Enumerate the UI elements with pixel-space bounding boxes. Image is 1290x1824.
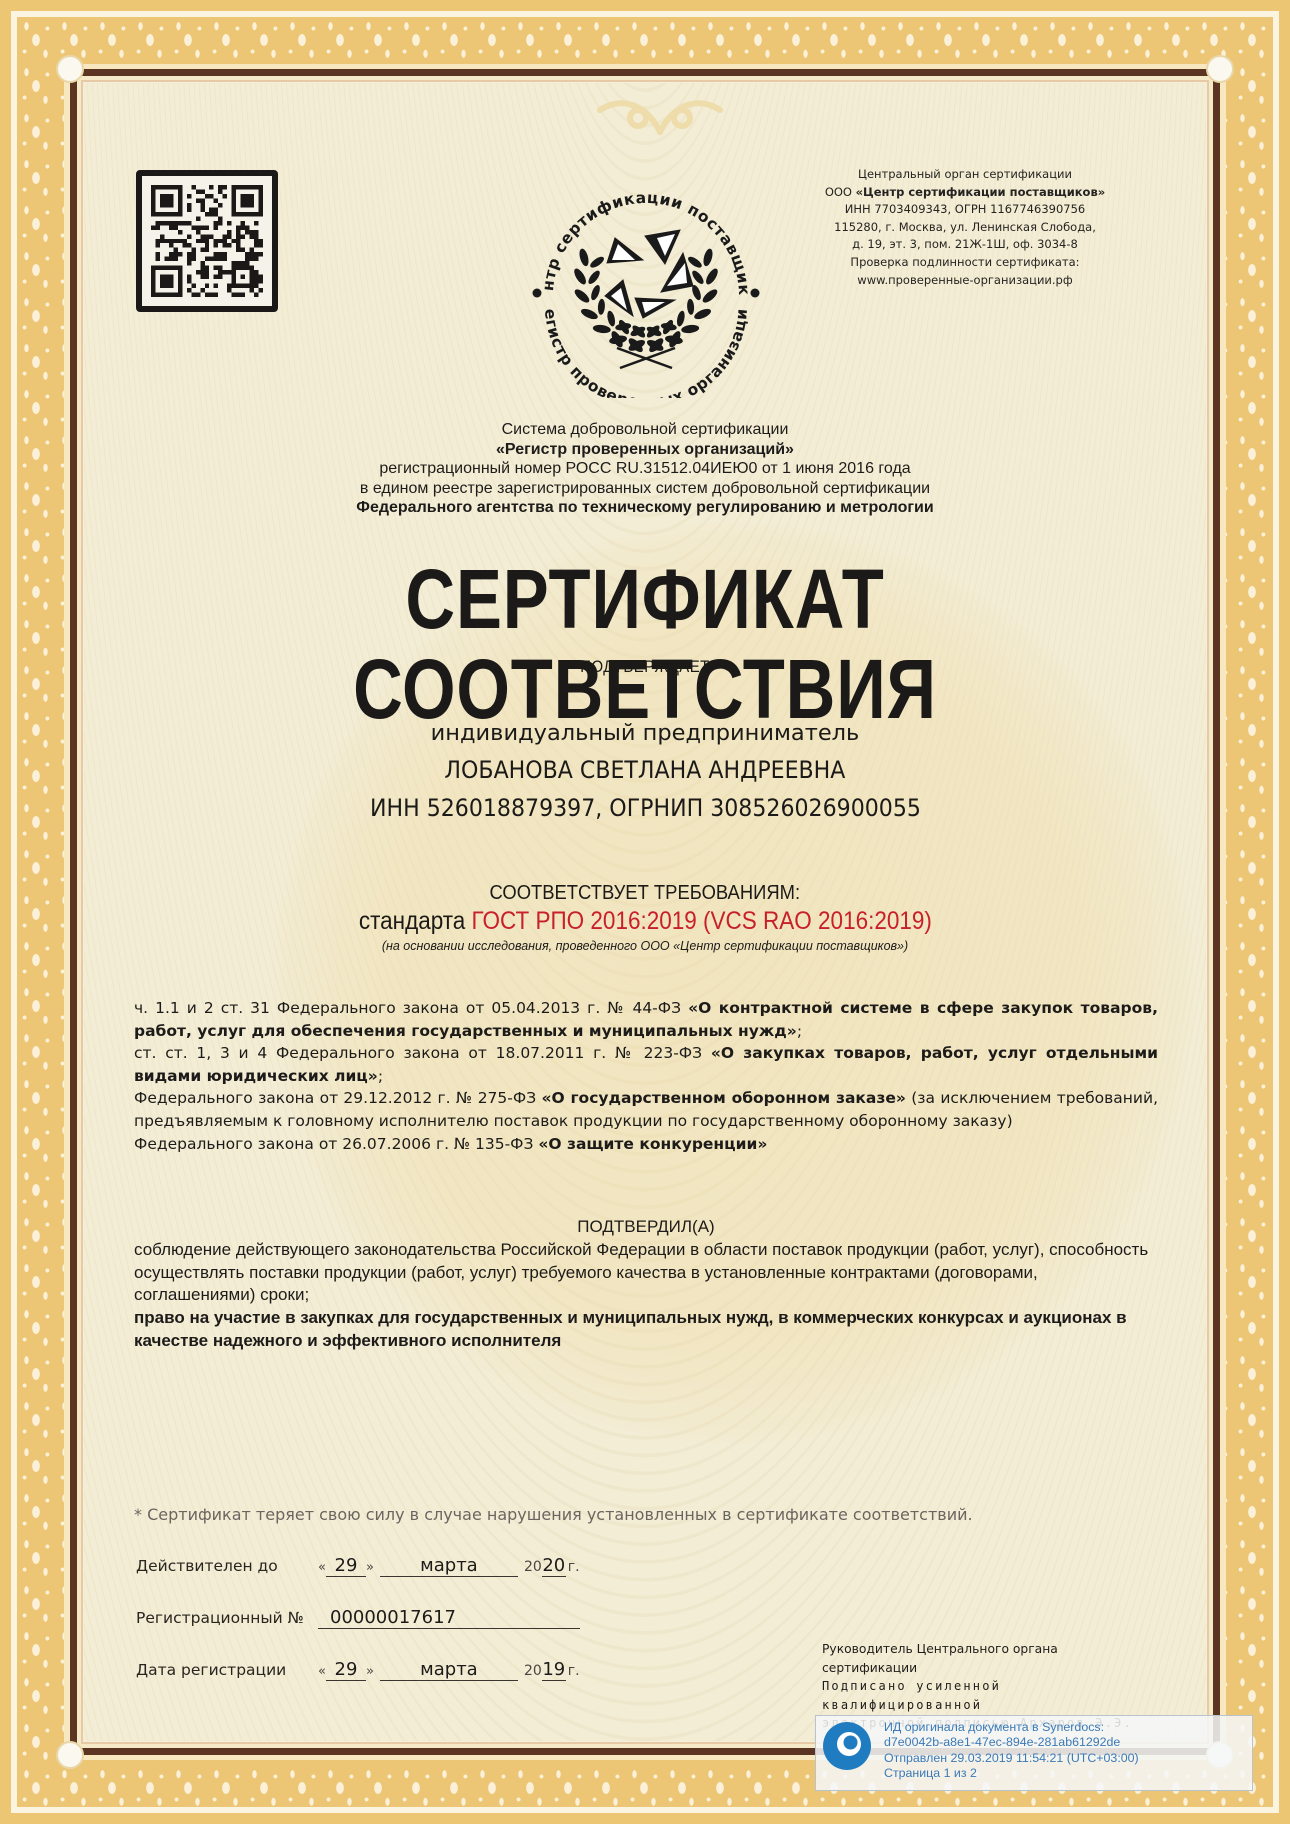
- system-line-1: Система добровольной сертификации: [150, 420, 1140, 440]
- confirmed-paragraph-1: соблюдение действующего законодательства…: [134, 1239, 1158, 1307]
- valid-until-year: 20: [542, 1556, 566, 1577]
- laws-list: ч. 1.1 и 2 ст. 31 Федерального закона от…: [134, 997, 1158, 1155]
- law-item: ч. 1.1 и 2 ст. 31 Федерального закона от…: [134, 997, 1158, 1042]
- issuer-name-prefix: ООО: [825, 185, 856, 199]
- verify-label: Проверка подлинности сертификата:: [815, 254, 1115, 272]
- issuer-line: Центральный орган сертификации: [815, 166, 1115, 184]
- issuer-name-bold: «Центр сертификации поставщиков»: [856, 185, 1106, 199]
- law-ref: Федерального закона от 29.12.2012 г. № 2…: [134, 1089, 541, 1107]
- quote-open: «: [318, 1560, 326, 1575]
- law-tail: ;: [797, 1022, 802, 1040]
- reg-date-year: 19: [542, 1660, 566, 1681]
- system-name: «Регистр проверенных организаций»: [150, 440, 1140, 460]
- system-reg-number: регистрационный номер РОСС RU.31512.04ИЕ…: [150, 459, 1140, 479]
- holder-ids: ИНН 526018879397, ОГРНИП 308526026900055: [370, 790, 921, 827]
- law-ref: ст. ст. 1, 3 и 4 Федерального закона от …: [134, 1044, 711, 1062]
- synerdocs-logo-icon: [821, 1720, 873, 1772]
- reg-date-label: Дата регистрации: [136, 1661, 318, 1679]
- synerdocs-stamp: ИД оригинала документа в Synerdocs: d7e0…: [815, 1715, 1253, 1791]
- quote-close: »: [366, 1560, 374, 1575]
- reg-number-value: 00000017617: [318, 1608, 580, 1629]
- requirements-note: (на основании исследования, проведенного…: [150, 938, 1140, 954]
- issuer-name: ООО «Центр сертификации поставщиков»: [815, 184, 1115, 202]
- signature-line-2: Подписано усиленной квалифицированной: [822, 1677, 1152, 1714]
- requirements-block: СООТВЕТСТВУЕТ ТРЕБОВАНИЯМ: стандарта ГОС…: [150, 880, 1140, 954]
- issuer-address-2: д. 19, эт. 3, пом. 21Ж-1Ш, оф. 3034-8: [815, 236, 1115, 254]
- law-item: Федерального закона от 29.12.2012 г. № 2…: [134, 1087, 1158, 1132]
- issuer-address-1: 115280, г. Москва, ул. Ленинская Слобода…: [815, 219, 1115, 237]
- law-title: «О государственном оборонном заказе»: [541, 1089, 905, 1107]
- certificate-holder: индивидуальный предприниматель ЛОБАНОВА …: [150, 715, 1140, 828]
- qr-code-icon: [151, 185, 263, 297]
- confirmed-heading: ПОДТВЕРДИЛ(А): [134, 1216, 1158, 1239]
- holder-type: индивидуальный предприниматель: [150, 715, 1140, 752]
- svg-text:Центр сертификации поставщиков: Центр сертификации поставщиков: [515, 168, 753, 296]
- law-ref: Федерального закона от 26.07.2006 г. № 1…: [134, 1135, 538, 1153]
- stamp-id-label: ИД оригинала документа в Synerdocs:: [884, 1720, 1139, 1735]
- confirmed-paragraph-2: право на участие в закупках для государс…: [134, 1307, 1158, 1353]
- reg-date-row: Дата регистрации « 29 » марта 20 19 г.: [136, 1660, 580, 1681]
- certification-system-info: Система добровольной сертификации «Регис…: [150, 420, 1140, 518]
- signatory-title: Руководитель Центрального органа сертифи…: [822, 1640, 1152, 1677]
- valid-until-month: марта: [380, 1556, 518, 1577]
- stamp-id-value[interactable]: d7e0042b-a8e1-47ec-894e-281ab61292de: [884, 1735, 1139, 1750]
- valid-until-century: 20: [524, 1559, 542, 1575]
- reg-date-suffix: г.: [568, 1663, 580, 1679]
- valid-until-suffix: г.: [568, 1559, 580, 1575]
- certificate-title: СЕРТИФИКАТ СООТВЕТСТВИЯ: [198, 554, 1092, 734]
- corner-ornament-icon: [56, 1741, 84, 1769]
- law-ref: ч. 1.1 и 2 ст. 31 Федерального закона от…: [134, 999, 688, 1017]
- law-title: «О защите конкуренции»: [538, 1135, 767, 1153]
- reg-number-label: Регистрационный №: [136, 1609, 318, 1627]
- requirements-heading: СООТВЕТСТВУЕТ ТРЕБОВАНИЯМ:: [490, 880, 801, 906]
- system-agency: Федерального агентства по техническому р…: [150, 498, 1140, 518]
- stamp-page: Страница 1 из 2: [884, 1766, 1139, 1781]
- quote-open: «: [318, 1664, 326, 1679]
- standard-line: стандарта ГОСТ РПО 2016:2019 (VCS RAO 20…: [358, 906, 931, 936]
- footnote: * Сертификат теряет свою силу в случае н…: [134, 1505, 1158, 1524]
- certification-body-info: Центральный орган сертификации ООО «Цент…: [815, 166, 1115, 289]
- confirmed-block: ПОДТВЕРДИЛ(А) соблюдение действующего за…: [134, 1216, 1158, 1353]
- valid-until-label: Действителен до: [136, 1557, 318, 1575]
- verify-link[interactable]: www.проверенные-организации.рф: [815, 272, 1115, 290]
- certification-seal-icon: Центр сертификации поставщиков Регистр п…: [515, 168, 777, 398]
- stamp-sent: Отправлен 29.03.2019 11:54:21 (UTC+03:00…: [884, 1751, 1139, 1766]
- law-item: ст. ст. 1, 3 и 4 Федерального закона от …: [134, 1042, 1158, 1087]
- holder-name: ЛОБАНОВА СВЕТЛАНА АНДРЕЕВНА: [445, 752, 846, 789]
- standard-prefix: стандарта: [358, 907, 471, 935]
- system-registry: в едином реестре зарегистрированных сист…: [150, 479, 1140, 499]
- law-tail: ;: [378, 1067, 383, 1085]
- valid-until-day: 29: [326, 1556, 366, 1577]
- flourish-ornament-icon: [590, 92, 730, 142]
- reg-date-century: 20: [524, 1663, 542, 1679]
- quote-close: »: [366, 1664, 374, 1679]
- corner-ornament-icon: [56, 55, 84, 83]
- law-item: Федерального закона от 26.07.2006 г. № 1…: [134, 1133, 1158, 1156]
- stamp-text: ИД оригинала документа в Synerdocs: d7e0…: [884, 1720, 1139, 1782]
- qr-code[interactable]: [136, 170, 278, 312]
- reg-number-row: Регистрационный № 00000017617: [136, 1608, 580, 1629]
- reg-date-day: 29: [326, 1660, 366, 1681]
- confirms-label: ПОДТВЕРЖДАЕТ: [165, 657, 1124, 677]
- standard-name: ГОСТ РПО 2016:2019 (VCS RAO 2016:2019): [471, 907, 931, 935]
- corner-ornament-icon: [1206, 55, 1234, 83]
- valid-until-row: Действителен до « 29 » марта 20 20 г.: [136, 1556, 580, 1577]
- issuer-inn: ИНН 7703409343, ОГРН 1167746390756: [815, 201, 1115, 219]
- reg-date-month: марта: [380, 1660, 518, 1681]
